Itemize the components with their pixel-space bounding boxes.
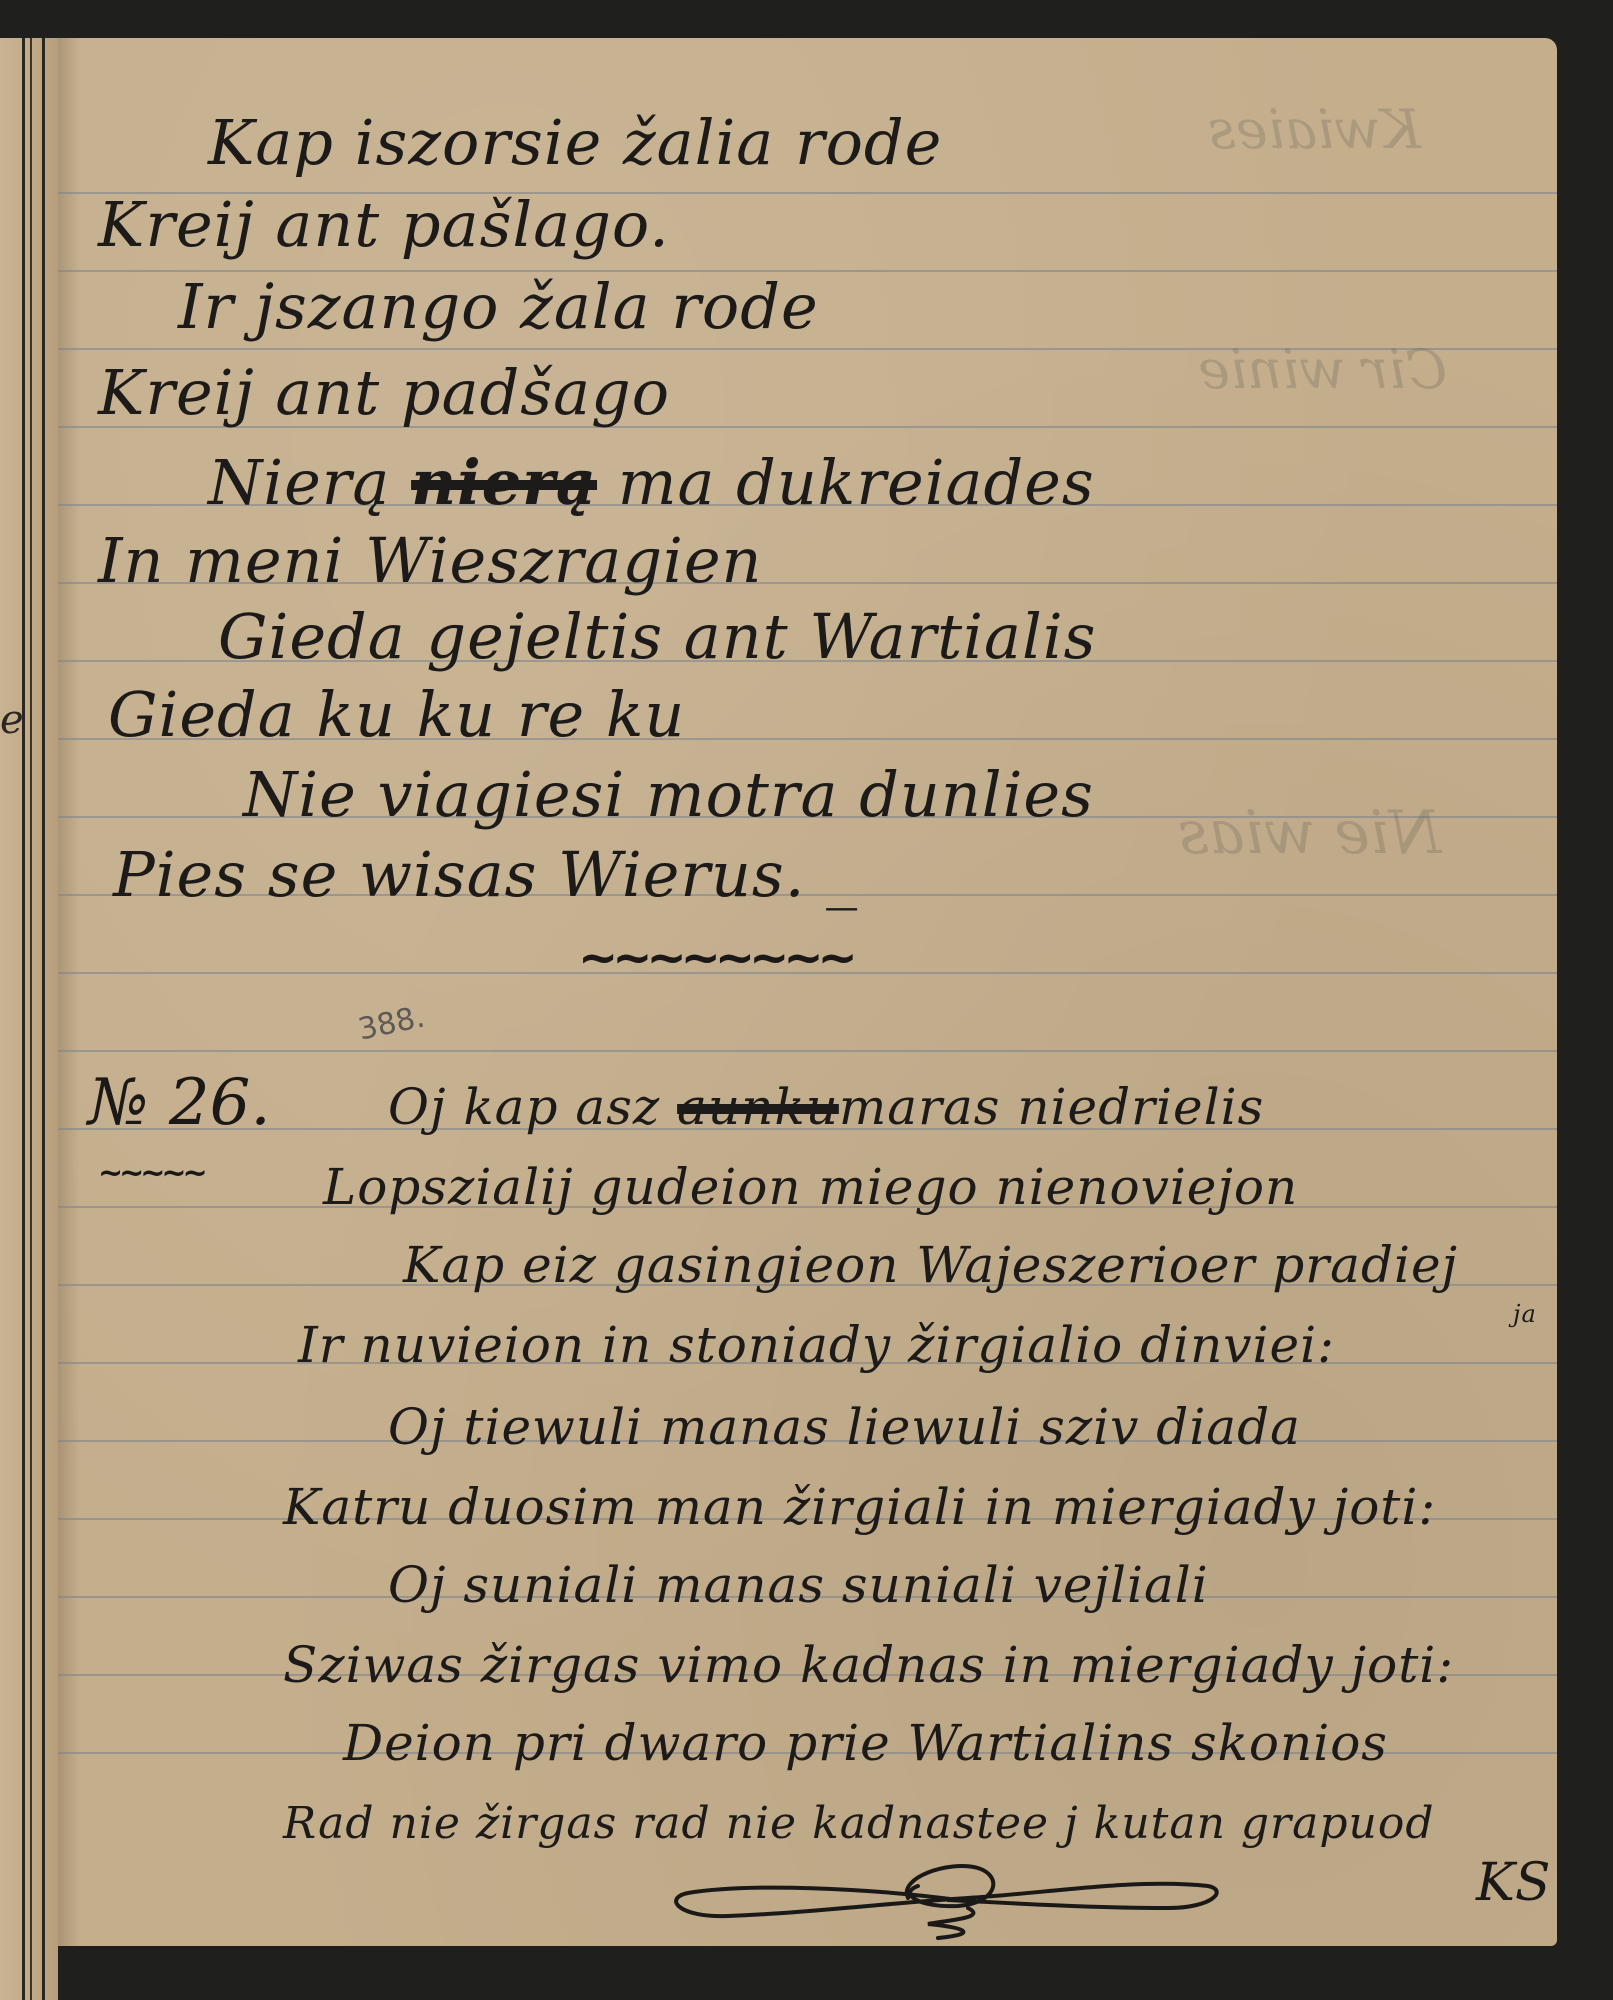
lyric-word: Oj kap asz — [388, 1078, 660, 1136]
previous-page-fragment: e — [0, 700, 24, 740]
lyric-line: Lopszialij gudeion miego nienoviejon — [323, 1158, 1298, 1216]
archive-number: 388. — [355, 999, 428, 1047]
lyric-line: Deion pri dwaro prie Wartialins skonios — [343, 1714, 1388, 1772]
lyric-word: ma dukreiades — [597, 446, 1095, 519]
closing-flourish-icon — [668, 1858, 1228, 1946]
lyric-line: Oj tiewuli manas liewuli sziv diada — [388, 1398, 1301, 1456]
bleed-through-text: Nie wias — [1178, 798, 1441, 868]
struck-word: aunku — [677, 1078, 839, 1136]
lyric-line: Nierą nierą ma dukreiades — [208, 446, 1095, 519]
lyric-line: Oj kap asz aunkumaras niedrielis — [388, 1078, 1264, 1136]
lyric-line: Sziwas žirgas vimo kadnas in miergiady j… — [283, 1636, 1454, 1694]
bleed-through-text: Cir winie — [1198, 338, 1447, 401]
lyric-word: maras niedrielis — [839, 1078, 1264, 1136]
binding-rule — [42, 38, 45, 2000]
lyric-line: Kreij ant pašlago. — [98, 188, 670, 261]
struck-word: nierą — [411, 446, 597, 519]
song-number-underline: ~~~~~ — [98, 1156, 204, 1191]
lyric-line: Gieda gejeltis ant Wartialis — [218, 600, 1096, 673]
bleed-through-text: Kwiaies — [1208, 98, 1421, 161]
binding-rule — [22, 38, 25, 2000]
ruled-line — [58, 1050, 1557, 1052]
binding-rule — [30, 38, 32, 2000]
signature-initials: KS — [1476, 1853, 1550, 1913]
lyric-line: Kreij ant padšago — [98, 356, 670, 429]
lyric-line: Kap eiz gasingieon Wajeszerioer pradiej — [403, 1236, 1458, 1294]
notebook-page: Kwiaies Cir winie Nie wias Kap iszorsie … — [58, 38, 1557, 1946]
lyric-line: Gieda ku ku re ku — [108, 678, 685, 751]
lyric-line: Ir nuvieion in stoniady žirgialio dinvie… — [298, 1316, 1335, 1374]
scanned-page: e Kwiaies Cir winie Nie wias Kap iszorsi… — [0, 0, 1613, 2000]
lyric-line: Pies se wisas Wierus. _ — [113, 838, 858, 911]
lyric-line: Nie viagiesi motra dunlies — [243, 758, 1094, 831]
lyric-line: Katru duosim man žirgiali in miergiady j… — [283, 1478, 1436, 1536]
lyric-line: Rad nie žirgas rad nie kadnastee j kutan… — [283, 1798, 1434, 1849]
notebook-gutter: e — [0, 38, 58, 2000]
section-divider: ~~~~~~~~ — [578, 930, 852, 986]
superscript-correction: ja — [1513, 1300, 1537, 1328]
page-shadow — [58, 38, 80, 1946]
lyric-line: Ir jszango žala rode — [178, 270, 819, 343]
lyric-word: Nierą — [208, 446, 411, 519]
lyric-line: Oj suniali manas suniali vejliali — [388, 1556, 1209, 1614]
lyric-line: In meni Wieszragien — [98, 524, 762, 597]
song-number: № 26. — [88, 1066, 271, 1140]
lyric-text: Ir nuvieion in stoniady žirgialio dinvie… — [298, 1316, 1335, 1374]
lyric-line: Kap iszorsie žalia rode — [208, 106, 942, 179]
